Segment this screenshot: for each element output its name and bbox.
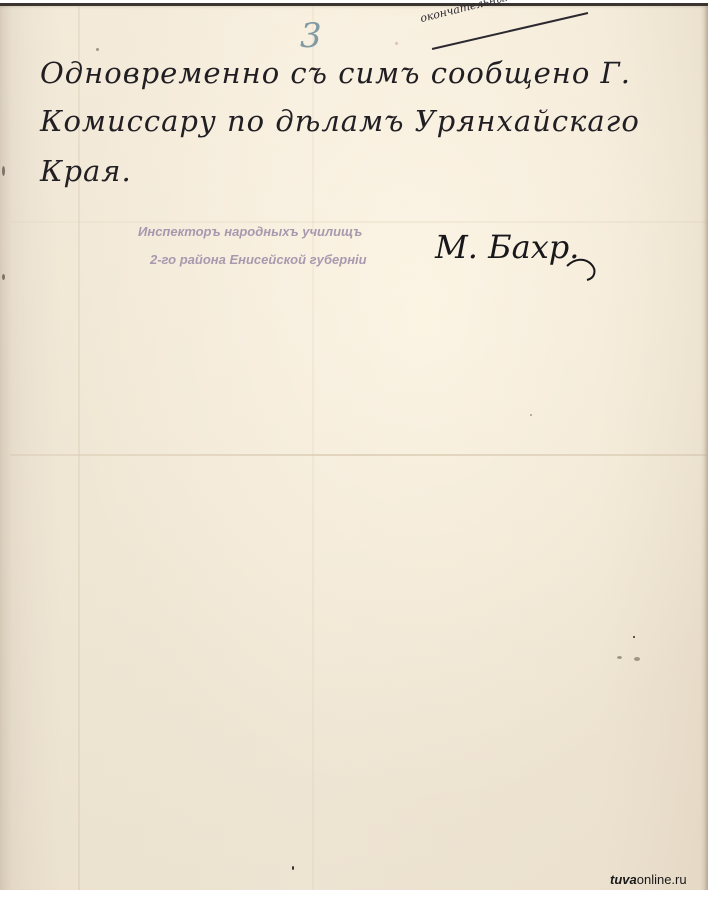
signature: М. Бахр. (435, 228, 579, 266)
watermark-bold: tuva (610, 872, 637, 887)
horizontal-fold-crease (10, 454, 708, 456)
paper-speck (617, 656, 622, 659)
edge-mark (2, 166, 5, 176)
paper-speck (292, 866, 294, 870)
paper-speck (530, 414, 532, 416)
insertion-caret-line (432, 12, 588, 49)
signature-flourish-icon (565, 254, 605, 284)
paper-speck (634, 657, 640, 661)
scan-bottom-margin (0, 890, 713, 900)
page-number: 3 (300, 16, 322, 56)
vertical-fold-crease (312, 6, 314, 896)
handwritten-line-1: Одновременно съ симъ сообщено Г. (40, 56, 631, 90)
edge-mark (2, 274, 5, 280)
handwritten-insertion: окончательнымъ (419, 0, 522, 25)
vertical-fold-crease (78, 6, 80, 896)
watermark-rest: online.ru (637, 872, 687, 887)
handwritten-line-3: Края. (40, 154, 132, 188)
paper-speck (633, 636, 635, 638)
paper-speck (395, 42, 398, 45)
upper-fold-crease (10, 221, 708, 223)
scanned-document: 3 окончательнымъ Одновременно съ симъ со… (0, 0, 713, 900)
site-watermark: tuvaonline.ru (610, 872, 687, 887)
official-stamp-line-2: 2-го района Енисейской губерніи (150, 252, 367, 267)
paper-speck (96, 48, 99, 51)
handwritten-line-2: Комиссару по дѣламъ Урянхайскаго (40, 104, 640, 138)
official-stamp-line-1: Инспекторъ народныхъ училищъ (138, 224, 362, 239)
paper-sheet: 3 окончательнымъ Одновременно съ симъ со… (0, 3, 708, 896)
